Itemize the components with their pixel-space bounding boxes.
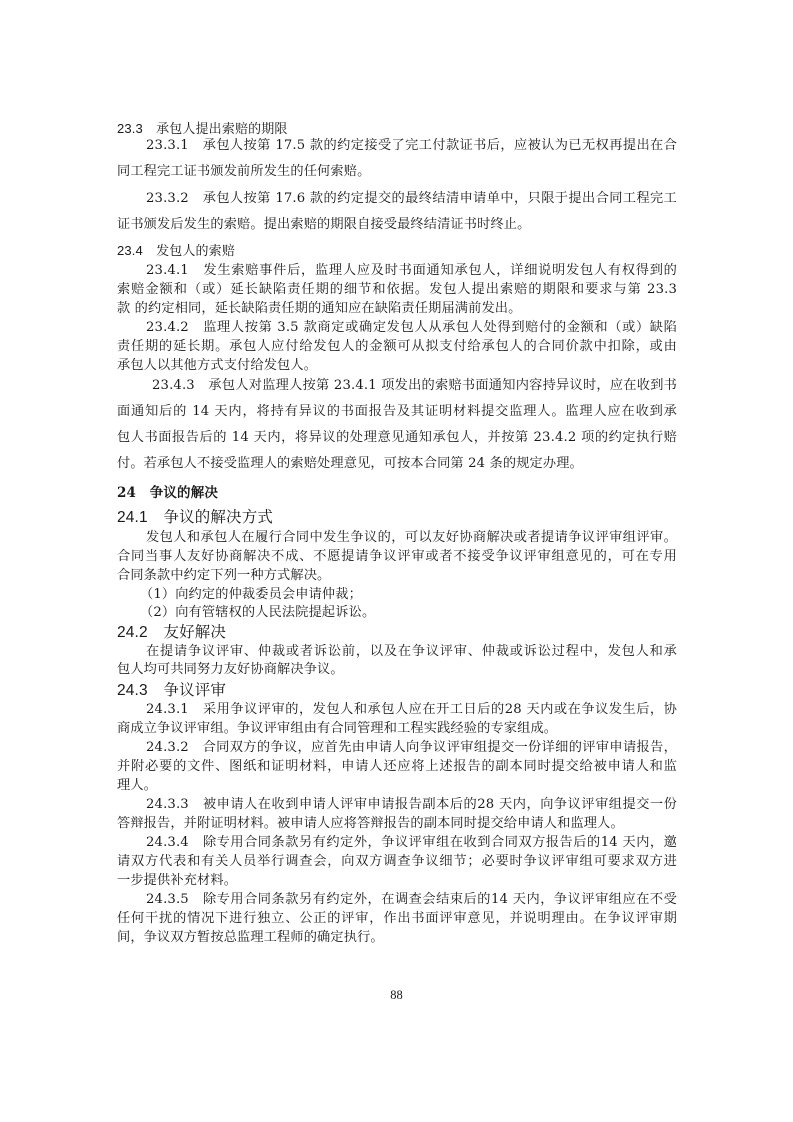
- section-heading-24-1: 24.1 争议的解决方式: [117, 508, 677, 527]
- clause-24-3-5-line-1: 24.3.5 除专用合同条款另有约定外，在调查会结束后的14 天内，争议评审组应…: [146, 891, 677, 909]
- clause-24-3-5-line-3: 间，争议双方暂按总监理工程师的确定执行。: [117, 929, 677, 947]
- section-title: 友好解决: [163, 623, 226, 641]
- clause-23-4-3-line-3: 包人书面报告后的 14 天内，将异议的处理意见通知承包人，并按第 23.4.2 …: [117, 429, 677, 447]
- clause-23-4-2-line-1: 23.4.2 监理人按第 3.5 款商定或确定发包人从承包人处得到赔付的金额和（…: [146, 319, 677, 337]
- clause-23-4-1-line-3: 款 的约定相同，延长缺陷责任期的通知应在缺陷责任期届满前发出。: [117, 300, 677, 318]
- section-24-1-body-line-3: 合同条款中约定下列一种方式解决。: [117, 567, 677, 585]
- section-title: 承包人提出索赔的期限: [156, 122, 288, 137]
- clause-23-3-1-line-1: 23.3.1 承包人按第 17.5 款的约定接受了完工付款证书后，应被认为已无权…: [146, 137, 677, 155]
- section-number: 24.3: [117, 682, 148, 699]
- clause-24-3-2-line-3: 理人。: [117, 777, 677, 795]
- section-title: 争议的解决方式: [163, 508, 273, 526]
- page-number: 88: [0, 988, 793, 1003]
- section-24-1-body-line-2: 合同当事人友好协商解决不成、不愿提请争议评审或者不接受争议评审组意见的，可在专用: [117, 548, 677, 566]
- clause-23-4-1-line-1: 23.4.1 发生索赔事件后，监理人应及时书面通知承包人，详细说明发包人有权得到…: [146, 262, 677, 280]
- chapter-title: 争议的解决: [150, 485, 218, 501]
- section-number: 23.3: [117, 121, 143, 136]
- clause-23-3-2-line-1: 23.3.2 承包人按第 17.6 款的约定提交的最终结清申请单中，只限于提出合…: [146, 190, 677, 208]
- clause-23-4-3-line-4: 付。若承包人不接受监理人的索赔处理意见，可按本合同第 24 条的规定办理。: [117, 455, 677, 473]
- clause-24-3-2-line-1: 24.3.2 合同双方的争议，应首先由申请人向争议评审组提交一份详细的评审申请报…: [146, 739, 677, 757]
- clause-24-3-4-line-1: 24.3.4 除专用合同条款另有约定外，争议评审组在收到合同双方报告后的14 天…: [146, 834, 677, 852]
- clause-24-3-1-line-2: 商成立争议评审组。争议评审组由有合同管理和工程实践经验的专家组成。: [117, 720, 677, 738]
- section-number: 24.1: [117, 509, 148, 526]
- section-number: 23.4: [117, 243, 143, 258]
- clause-23-3-1-line-2: 同工程完工证书颁发前所发生的任何索赔。: [117, 163, 677, 181]
- clause-23-4-3-line-2: 面通知后的 14 天内，将持有异议的书面报告及其证明材料提交监理人。监理人应在收…: [117, 403, 677, 421]
- clause-23-4-2-line-3: 承包人以其他方式支付给发包人。: [117, 357, 677, 375]
- section-heading-23-4: 23.4 发包人的索赔: [117, 242, 677, 261]
- clause-24-3-1-line-1: 24.3.1 采用争议评审的，发包人和承包人应在开工日后的28 天内或在争议发生…: [146, 701, 677, 719]
- clause-23-4-1-line-2: 索赔金额和（或）延长缺陷责任期的细节和依据。发包人提出索赔的期限和要求与第 23…: [117, 281, 677, 299]
- section-heading-24-2: 24.2 友好解决: [117, 623, 677, 642]
- clause-23-4-2-line-2: 责任期的延长期。承包人应付给发包人的金额可从拟支付给承包人的合同价款中扣除，或由: [117, 338, 677, 356]
- section-24-1-body-line-1: 发包人和承包人在履行合同中发生争议的，可以友好协商解决或者提请争议评审组评审。: [146, 529, 677, 547]
- list-item-arbitration: （1）向约定的仲裁委员会申请仲裁；: [140, 586, 700, 604]
- clause-24-3-3-line-1: 24.3.3 被申请人在收到申请人评审申请报告副本后的28 天内，向争议评审组提…: [146, 796, 677, 814]
- section-title: 发包人的索赔: [156, 244, 235, 259]
- list-item-litigation: （2）向有管辖权的人民法院提起诉讼。: [140, 604, 700, 622]
- section-heading-24-3: 24.3 争议评审: [117, 681, 677, 700]
- section-title: 争议评审: [163, 681, 226, 699]
- clause-23-3-2-line-2: 证书颁发后发生的索赔。提出索赔的期限自接受最终结清证书时终止。: [117, 216, 677, 234]
- section-24-2-body-line-2: 包人均可共同努力友好协商解决争议。: [117, 661, 677, 679]
- section-number: 24.2: [117, 624, 148, 641]
- section-24-2-body-line-1: 在提请争议评审、仲裁或者诉讼前，以及在争议评审、仲裁或诉讼过程中，发包人和承: [146, 643, 677, 661]
- clause-24-3-4-line-3: 一步提供补充材料。: [117, 872, 677, 890]
- clause-24-3-2-line-2: 并附必要的文件、图纸和证明材料，申请人还应将上述报告的副本同时提交给被申请人和监: [117, 758, 677, 776]
- clause-24-3-5-line-2: 任何干扰的情况下进行独立、公正的评审，作出书面评审意见，并说明理由。在争议评审期: [117, 910, 677, 928]
- clause-23-4-3-line-1: 23.4.3 承包人对监理人按第 23.4.1 项发出的索赔书面通知内容持异议时…: [152, 377, 677, 395]
- chapter-heading-24: 24 争议的解决: [117, 484, 677, 502]
- clause-24-3-3-line-2: 答辩报告，并附证明材料。被申请人应将答辩报告的副本同时提交给申请人和监理人。: [117, 815, 677, 833]
- chapter-number: 24: [117, 485, 136, 501]
- clause-24-3-4-line-2: 请双方代表和有关人员举行调查会，向双方调查争议细节；必要时争议评审组可要求双方进: [117, 853, 677, 871]
